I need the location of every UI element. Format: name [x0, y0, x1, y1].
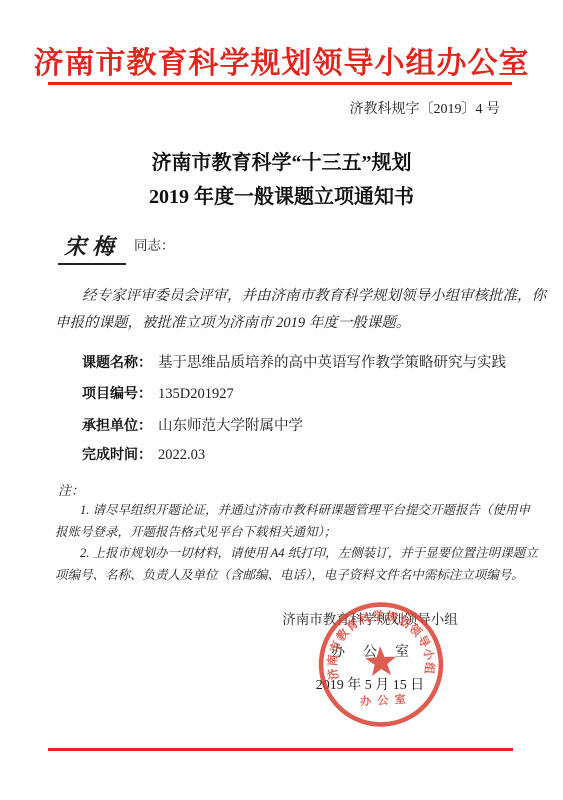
field-project-title-label: 课题名称： — [82, 354, 152, 370]
field-undertaking-unit: 承担单位：山东师范大学附属中学 — [82, 414, 303, 435]
notes-label: 注： — [58, 480, 84, 499]
body-paragraph-line1: 经专家评审委员会评审，并由济南市教育科学规划领导小组审核批准，你 — [82, 284, 546, 305]
addressee: 宋梅同志： — [58, 230, 175, 265]
document-title-line2: 2019 年度一般课题立项通知书 — [0, 180, 563, 209]
field-project-title-value: 基于思维品质培养的高中英语写作教学策略研究与实践 — [158, 355, 506, 371]
document-title-line1: 济南市教育科学“十三五”规划 — [0, 146, 563, 175]
stamp-bottom-text: 办公室 — [360, 692, 412, 709]
field-project-number-value: 135D201927 — [158, 386, 234, 402]
document-page: 济南市教育科学规划领导小组办公室 济教科规字〔2019〕4 号 济南市教育科学“… — [0, 0, 563, 800]
note2-line2: 项编号、名称、负责人及单位（含邮编、电话），电子资料文件名中需标注立项编号。 — [55, 565, 524, 583]
field-project-title: 课题名称：基于思维品质培养的高中英语写作教学策略研究与实践 — [82, 351, 506, 372]
field-project-number: 项目编号：135D201927 — [82, 383, 234, 403]
addressee-name: 宋梅 — [58, 230, 126, 265]
field-completion-time-value: 2022.03 — [158, 447, 205, 463]
signature-block: 济南市教育科学规划领导小组 办公室 2019 年 5 月 15 日 — [240, 608, 500, 694]
field-project-number-label: 项目编号： — [82, 385, 152, 401]
letterhead-rule — [48, 82, 512, 85]
field-undertaking-unit-value: 山东师范大学附属中学 — [158, 418, 303, 434]
note2-line1: 2. 上报市规划办一切材料，请使用 A4 纸打印，左侧装订，并于显要位置注明课题… — [80, 543, 538, 561]
signature-date: 2019 年 5 月 15 日 — [240, 674, 500, 694]
field-completion-time: 完成时间：2022.03 — [82, 444, 205, 464]
note1-line1: 1. 请尽早组织开题论证，并通过济南市教科研课题管理平台提交开题报告（使用申 — [80, 500, 530, 518]
body-paragraph-line2: 申报的课题，被批准立项为济南市 2019 年度一般课题。 — [55, 311, 410, 332]
signature-organization: 济南市教育科学规划领导小组 — [240, 608, 500, 628]
document-number: 济教科规字〔2019〕4 号 — [0, 98, 500, 118]
signature-office: 办公室 — [240, 641, 500, 661]
field-undertaking-unit-label: 承担单位： — [82, 417, 152, 433]
field-completion-time-label: 完成时间： — [82, 446, 152, 462]
note1-line2: 报账号登录，开题报告格式见平台下载相关通知）； — [55, 522, 336, 540]
letterhead-issuer: 济南市教育科学规划领导小组办公室 — [0, 38, 563, 82]
addressee-suffix: 同志： — [134, 238, 175, 253]
footer-rule — [48, 748, 513, 751]
